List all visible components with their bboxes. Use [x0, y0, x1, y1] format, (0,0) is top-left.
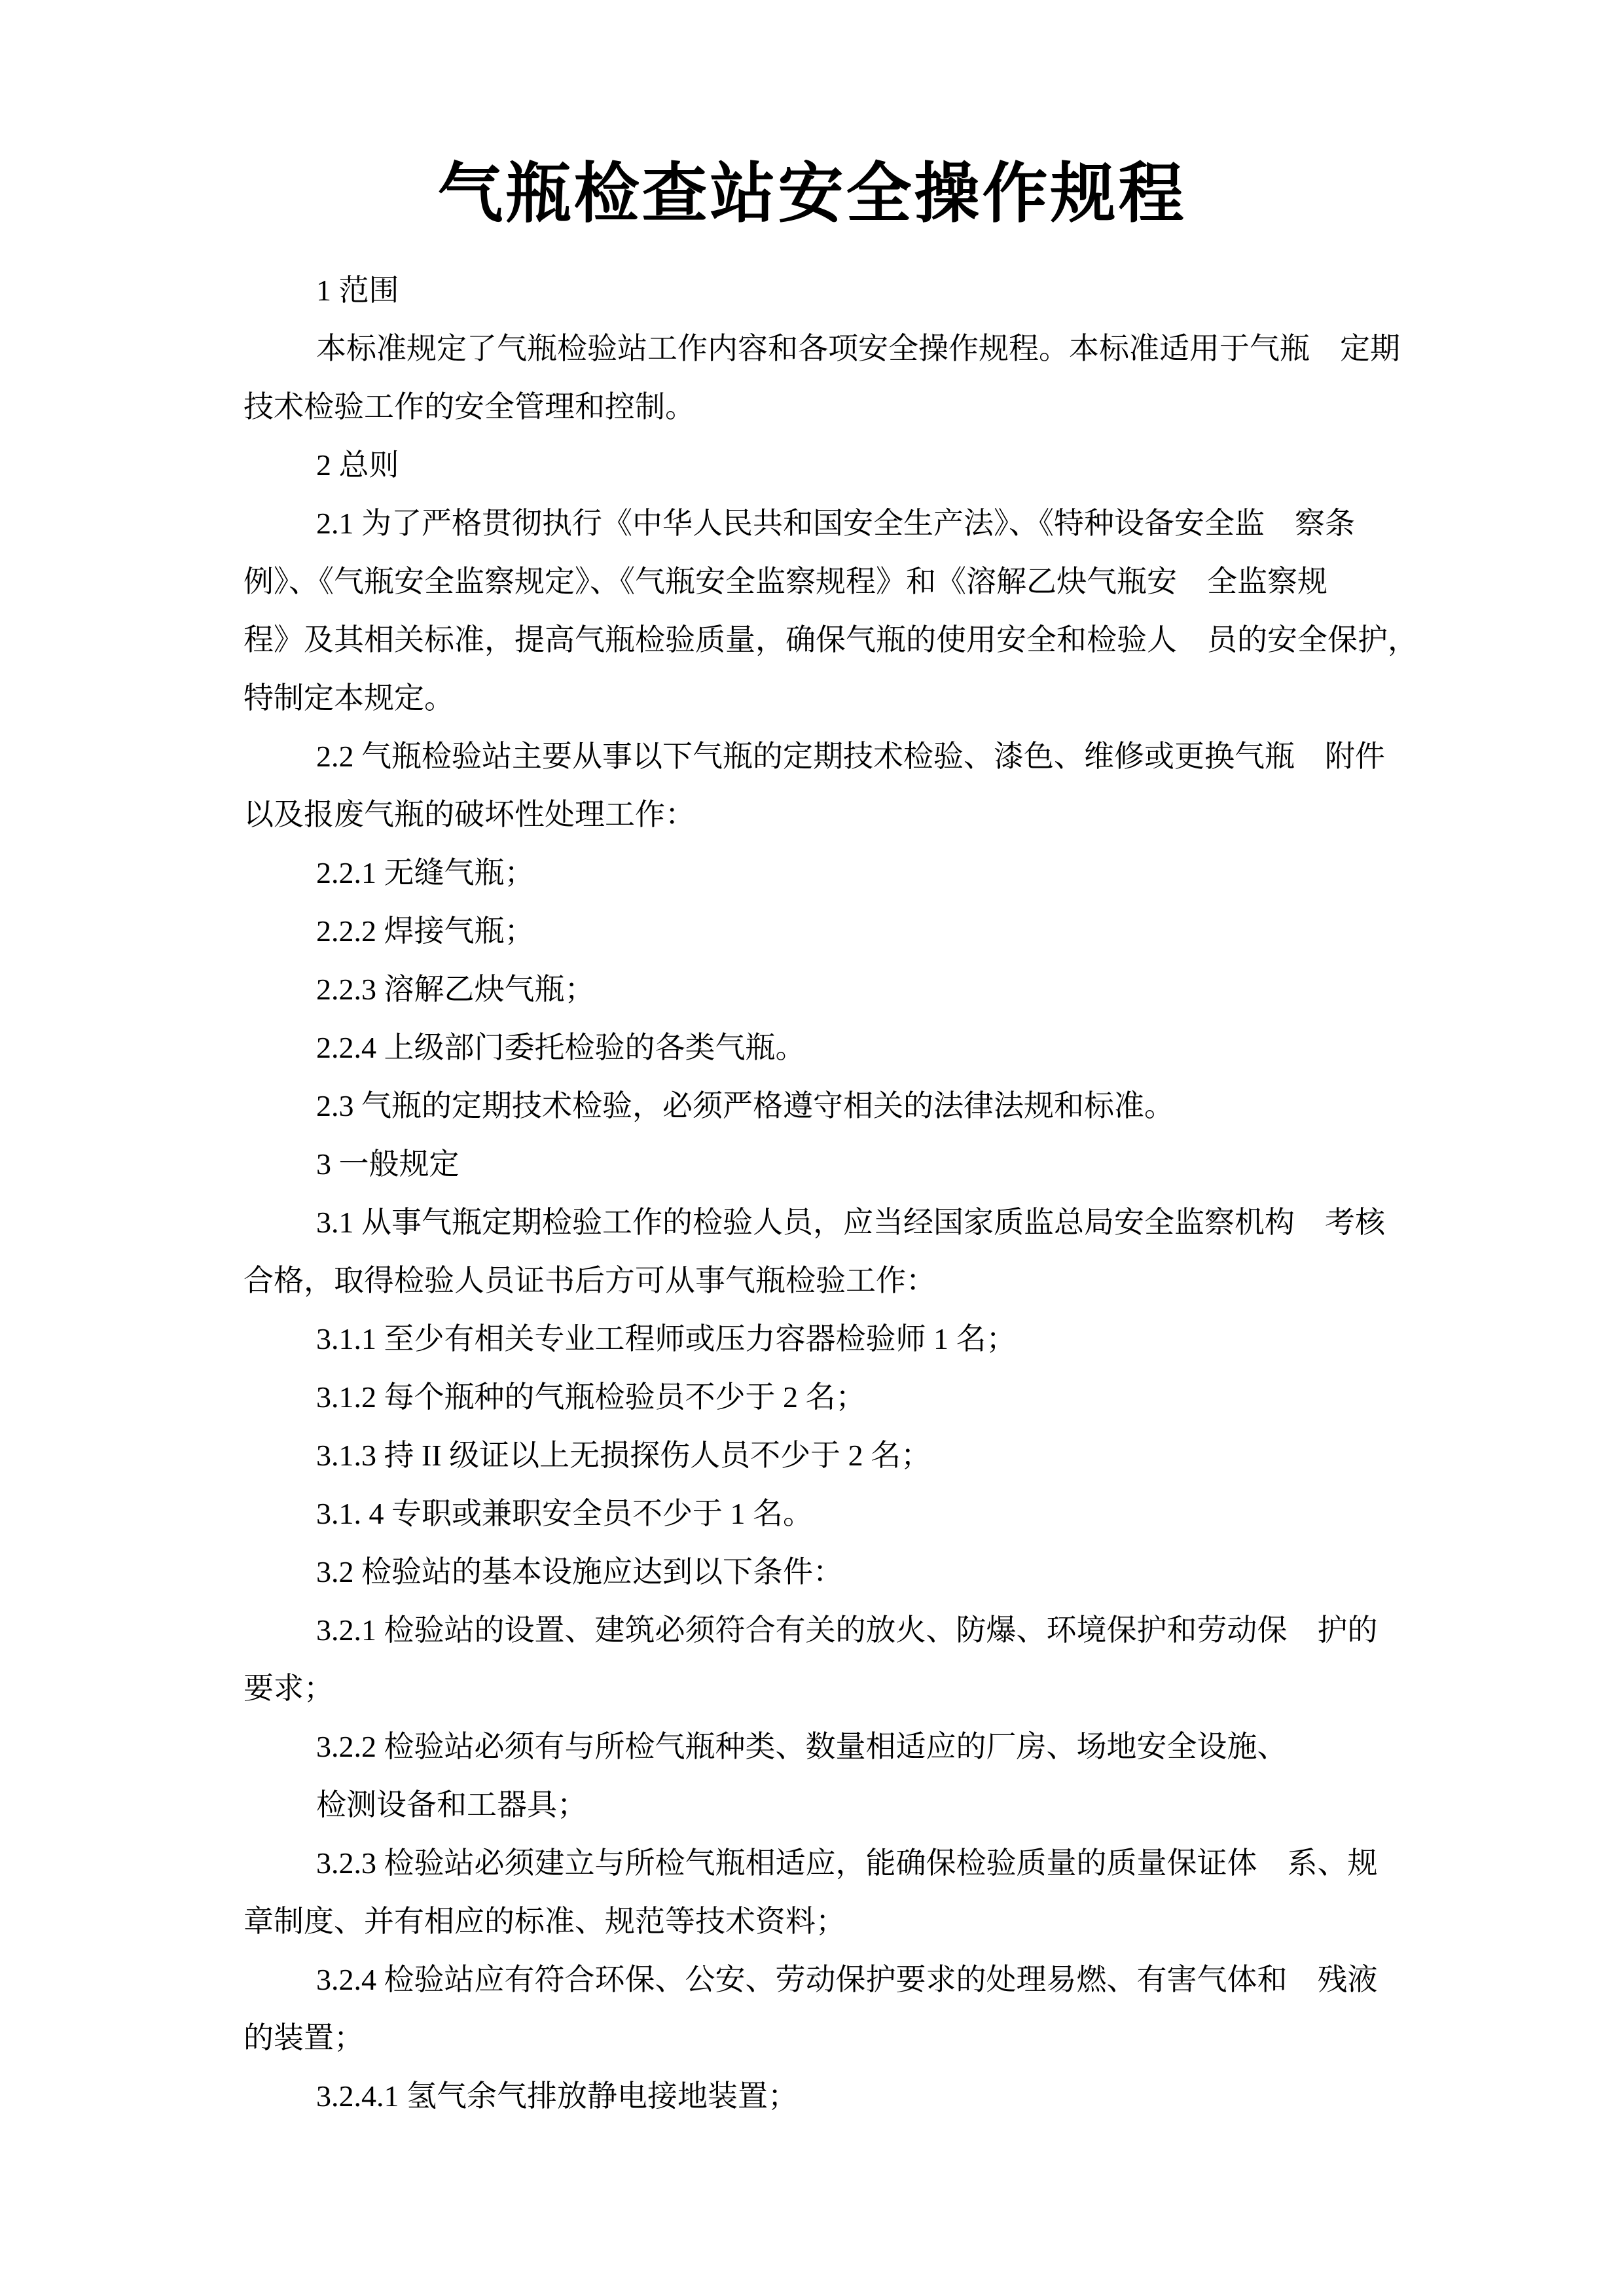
text-line: 3.1. 4 专职或兼职安全员不少于 1 名。: [244, 1484, 1415, 1543]
document-title: 气瓶检查站安全操作规程: [0, 156, 1624, 233]
text-line: 要求；: [244, 1659, 1415, 1717]
text-line: 2.2.4 上级部门委托检验的各类气瓶。: [244, 1018, 1415, 1077]
text-line: 特制定本规定。: [244, 669, 1415, 727]
text-line: 2.3 气瓶的定期技术检验，必须严格遵守相关的法律法规和标准。: [244, 1077, 1415, 1135]
document-body: 1 范围本标准规定了气瓶检验站工作内容和各项安全操作规程。本标准适用于气瓶 定期…: [244, 261, 1415, 2125]
text-line: 3 一般规定: [244, 1135, 1415, 1193]
text-line: 章制度、并有相应的标准、规范等技术资料；: [244, 1892, 1415, 1950]
text-line: 3.2 检验站的基本设施应达到以下条件：: [244, 1543, 1415, 1601]
text-line: 3.1.1 至少有相关专业工程师或压力容器检验师 1 名；: [244, 1310, 1415, 1368]
text-line: 2.2.1 无缝气瓶；: [244, 844, 1415, 902]
text-line: 3.2.3 检验站必须建立与所检气瓶相适应，能确保检验质量的质量保证体 系、规: [244, 1834, 1415, 1892]
text-line: 3.2.4.1 氢气余气排放静电接地装置；: [244, 2067, 1415, 2125]
text-line: 程》及其相关标准，提高气瓶检验质量，确保气瓶的使用安全和检验人 员的安全保护，: [244, 611, 1415, 669]
text-line: 技术检验工作的安全管理和控制。: [244, 378, 1415, 436]
text-line: 的装置；: [244, 2009, 1415, 2067]
text-line: 以及报废气瓶的破坏性处理工作：: [244, 785, 1415, 844]
text-line: 3.1 从事气瓶定期检验工作的检验人员，应当经国家质监总局安全监察机构 考核: [244, 1193, 1415, 1251]
text-line: 3.2.4 检验站应有符合环保、公安、劳动保护要求的处理易燃、有害气体和 残液: [244, 1950, 1415, 2009]
text-line: 例》、《气瓶安全监察规定》、《气瓶安全监察规程》和《溶解乙炔气瓶安 全监察规: [244, 552, 1415, 611]
text-line: 3.2.1 检验站的设置、建筑必须符合有关的放火、防爆、环境保护和劳动保 护的: [244, 1601, 1415, 1659]
text-line: 检测设备和工器具；: [244, 1776, 1415, 1834]
text-line: 2.1 为了严格贯彻执行《中华人民共和国安全生产法》、《特种设备安全监 察条: [244, 494, 1415, 552]
text-line: 合格，取得检验人员证书后方可从事气瓶检验工作：: [244, 1251, 1415, 1310]
text-line: 1 范围: [244, 261, 1415, 319]
text-line: 2.2.3 溶解乙炔气瓶；: [244, 960, 1415, 1018]
text-line: 本标准规定了气瓶检验站工作内容和各项安全操作规程。本标准适用于气瓶 定期: [244, 319, 1415, 378]
text-line: 3.2.2 检验站必须有与所检气瓶种类、数量相适应的厂房、场地安全设施、: [244, 1717, 1415, 1776]
text-line: 3.1.2 每个瓶种的气瓶检验员不少于 2 名；: [244, 1368, 1415, 1426]
text-line: 2.2 气瓶检验站主要从事以下气瓶的定期技术检验、漆色、维修或更换气瓶 附件: [244, 727, 1415, 785]
text-line: 2.2.2 焊接气瓶；: [244, 902, 1415, 960]
text-line: 2 总则: [244, 436, 1415, 494]
document-page: 气瓶检查站安全操作规程 1 范围本标准规定了气瓶检验站工作内容和各项安全操作规程…: [0, 0, 1624, 2296]
text-line: 3.1.3 持 II 级证以上无损探伤人员不少于 2 名；: [244, 1426, 1415, 1484]
